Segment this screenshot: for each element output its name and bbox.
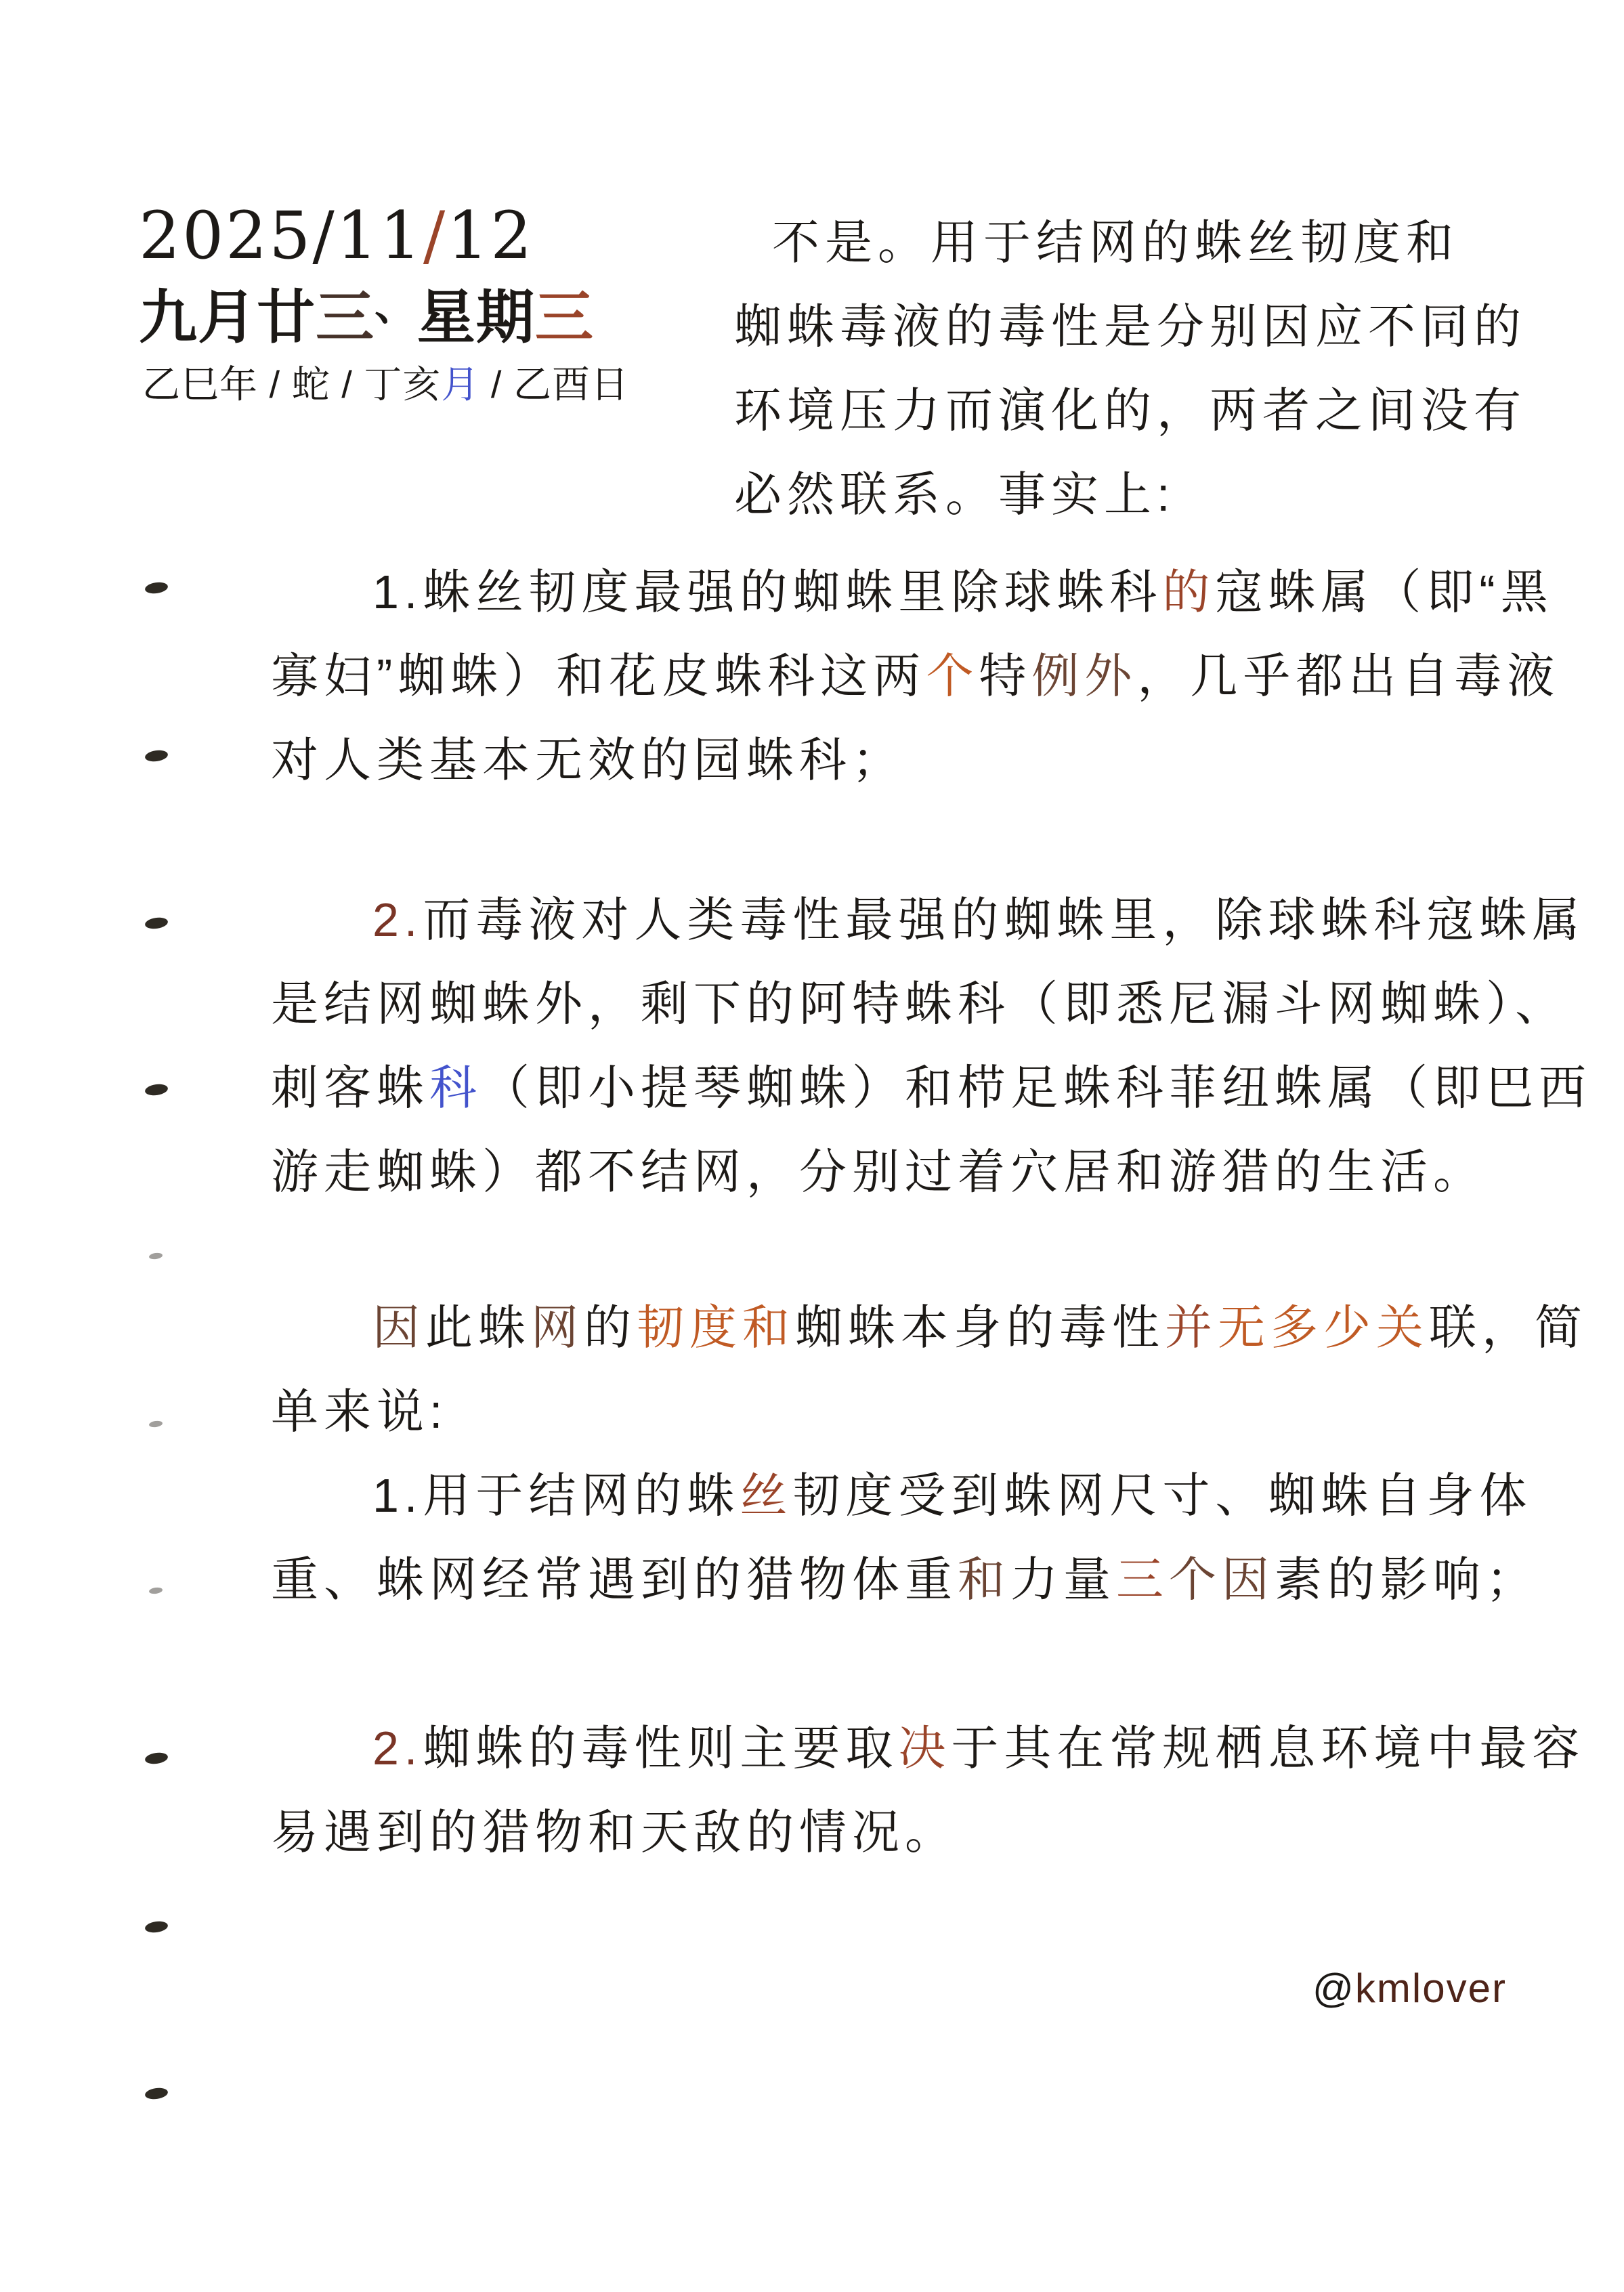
margin-dot (144, 1920, 169, 1934)
text-line: 必然联系。事实上: (734, 452, 1587, 536)
margin-dot (148, 1420, 163, 1428)
margin-dot (144, 581, 169, 595)
text-line: 寡妇”蜘蛛）和花皮蛛科这两个特例外，几乎都出自毒液 (271, 634, 1571, 718)
margin-dot (144, 916, 169, 931)
text-line: 1.蛛丝韧度最强的蜘蛛里除球蛛科的寇蛛属（即“黑 (271, 550, 1571, 634)
summary-2-paragraph: 2.蜘蛛的毒性则主要取决于其在常规栖息环境中最容 易遇到的猎物和天敌的情况。 (271, 1706, 1571, 1874)
text-line: 单来说: (271, 1370, 1571, 1453)
ganzhi-date: 乙巳年 / 蛇 / 丁亥月 / 乙酉日 (142, 366, 629, 404)
text-line: 环境压力而演化的，两者之间没有 (734, 368, 1587, 452)
lunar-date: 九月廿三、星期三 (139, 285, 594, 347)
margin-dot (144, 2087, 169, 2101)
point-1-paragraph: 1.蛛丝韧度最强的蜘蛛里除球蛛科的寇蛛属（即“黑 寡妇”蜘蛛）和花皮蛛科这两个特… (271, 550, 1571, 802)
margin-dot (144, 1083, 169, 1097)
margin-dot (144, 1752, 169, 1766)
text-line: 易遇到的猎物和天敌的情况。 (271, 1790, 1571, 1874)
text-line: 游走蜘蛛）都不结网，分别过着穴居和游猎的生活。 (271, 1130, 1571, 1214)
conclusion-paragraph: 因此蛛网的韧度和蜘蛛本身的毒性并无多少关联，简 单来说: (271, 1286, 1571, 1453)
calendar-post-page: 2025/11/12 九月廿三、星期三 乙巳年 / 蛇 / 丁亥月 / 乙酉日 … (0, 0, 1624, 2292)
author-handle: @kmlover (1312, 1968, 1507, 2009)
margin-dot (148, 1252, 163, 1260)
gregorian-date: 2025/11/12 (139, 203, 534, 268)
summary-1-paragraph: 1.用于结网的蛛丝韧度受到蛛网尺寸、蜘蛛自身体 重、蛛网经常遇到的猎物体重和力量… (271, 1453, 1571, 1621)
intro-paragraph: 不是。用于结网的蛛丝韧度和 蜘蛛毒液的毒性是分别因应不同的 环境压力而演化的，两… (734, 200, 1587, 536)
margin-dot (148, 1587, 163, 1595)
text-line: 1.用于结网的蛛丝韧度受到蛛网尺寸、蜘蛛自身体 (271, 1453, 1571, 1537)
text-line: 刺客蛛科（即小提琴蜘蛛）和栉足蛛科菲纽蛛属（即巴西 (271, 1046, 1571, 1130)
text-line: 不是。用于结网的蛛丝韧度和 (734, 200, 1587, 284)
text-line: 2.蜘蛛的毒性则主要取决于其在常规栖息环境中最容 (271, 1706, 1571, 1790)
text-line: 重、蛛网经常遇到的猎物体重和力量三个因素的影响； (271, 1537, 1571, 1621)
text-line: 是结网蜘蛛外，剩下的阿特蛛科（即悉尼漏斗网蜘蛛）、 (271, 962, 1571, 1046)
text-line: 2.而毒液对人类毒性最强的蜘蛛里，除球蛛科寇蛛属 (271, 878, 1571, 962)
text-line: 对人类基本无效的园蛛科； (271, 718, 1571, 802)
text-line: 蜘蛛毒液的毒性是分别因应不同的 (734, 284, 1587, 368)
text-line: 因此蛛网的韧度和蜘蛛本身的毒性并无多少关联，简 (271, 1286, 1571, 1370)
margin-dot (144, 749, 169, 763)
point-2-paragraph: 2.而毒液对人类毒性最强的蜘蛛里，除球蛛科寇蛛属 是结网蜘蛛外，剩下的阿特蛛科（… (271, 878, 1571, 1214)
